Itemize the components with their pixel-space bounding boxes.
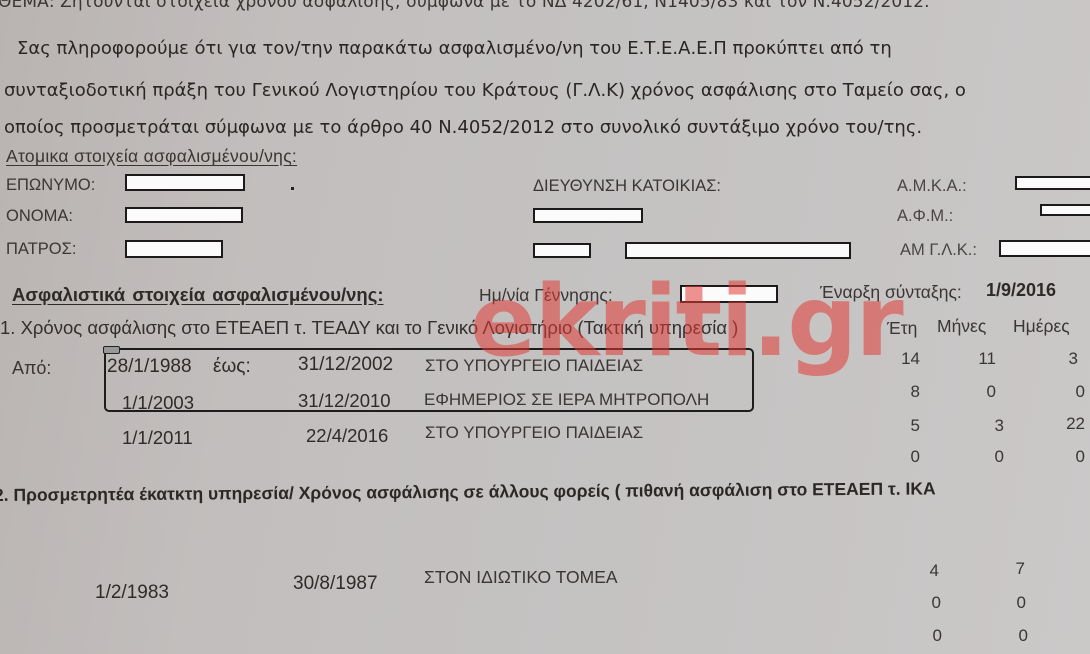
row-years: 4 — [909, 561, 939, 581]
intro-line-3: οποίος προσμετράται σύμφωνα με το άρθρο … — [4, 117, 922, 138]
from-label: Από: — [12, 358, 51, 379]
name-label: ΟΝΟΜΑ: — [6, 207, 73, 226]
amka-label: Α.Μ.Κ.Α.: — [897, 177, 967, 196]
row-to-date: 31/12/2002 — [298, 354, 393, 376]
row-months: 0 — [966, 382, 996, 402]
to-label: έως: — [213, 356, 251, 378]
row-from-date: 1/1/2011 — [122, 427, 193, 449]
surname-redacted — [125, 174, 245, 191]
pension-start-label: Έναρξη σύνταξης: — [820, 282, 962, 303]
row-months: 0 — [996, 593, 1026, 613]
col-years: Έτη — [887, 318, 917, 339]
personal-heading: Ατομικα στοιχεία ασφαλισμένου/νης: — [6, 146, 297, 167]
row-to-date: 31/12/2010 — [298, 390, 391, 412]
birthdate-redacted — [680, 285, 778, 303]
am-glk-redacted — [999, 240, 1090, 257]
afm-label: Α.Φ.Μ.: — [897, 207, 953, 226]
row-months: 0 — [998, 626, 1028, 646]
row-years: 0 — [911, 593, 941, 613]
row-months: 0 — [974, 447, 1004, 467]
stray-dot — [291, 187, 294, 190]
row-months: 3 — [974, 416, 1004, 436]
row-months: 11 — [966, 349, 996, 369]
father-label: ΠΑΤΡΟΣ: — [6, 240, 76, 259]
am-glk-label: ΑΜ Γ.Λ.Κ.: — [900, 241, 977, 260]
row-days: 0 — [1055, 447, 1085, 467]
row-years: 14 — [890, 349, 920, 369]
row-description: ΣΤΟΝ ΙΔΙΩΤΙΚΟ ΤΟΜΕΑ — [424, 567, 618, 588]
pension-start-value: 1/9/2016 — [986, 280, 1056, 301]
row-days: 0 — [1055, 382, 1085, 402]
row-years: 5 — [890, 416, 920, 436]
subject-line: ΘΕΜΑ: Ζητούνται στοιχεία χρόνου ασφάλιση… — [0, 0, 930, 12]
col-months: Μήνες — [937, 316, 986, 337]
row-from-date: 1/2/1983 — [95, 582, 169, 604]
father-redacted — [125, 240, 223, 258]
address-label: ΔΙΕΥΘΥΝΣΗ ΚΑΤΟΙΚΙΑΣ: — [533, 177, 721, 196]
row-days: 3 — [1048, 349, 1078, 369]
name-redacted — [125, 207, 243, 223]
section2-title: 2. Προσμετρητέα έκατκτη υπηρεσία/ Χρόνος… — [0, 478, 936, 506]
row-description: ΣΤΟ ΥΠΟΥΡΓΕΙΟ ΠΑΙΔΕΙΑΣ — [425, 356, 643, 376]
address-postcode-redacted — [533, 243, 591, 258]
col-days: Ημέρες — [1013, 316, 1070, 337]
row-from-date: 28/1/1988 — [107, 356, 192, 378]
row-days: 22 — [1055, 414, 1085, 434]
section1-title: 1. Χρόνος ασφάλισης στο ΕΤΕΑΕΠ τ. ΤΕΑΔΥ … — [0, 317, 738, 339]
afm-redacted — [1040, 204, 1090, 216]
birthdate-label: Ημ/νία Γέννησης: — [479, 285, 613, 306]
surname-label: ΕΠΩΝΥΜΟ: — [6, 176, 95, 195]
intro-line-2: συνταξιοδοτική πράξη του Γενικού Λογιστη… — [4, 80, 966, 101]
address-line2-redacted — [625, 242, 851, 259]
row-description: ΕΦΗΜΕΡΙΟΣ ΣΕ ΙΕΡΑ ΜΗΤΡΟΠΟΛΗ — [424, 390, 709, 410]
row-years: 0 — [890, 447, 920, 467]
address-line1-redacted — [533, 208, 643, 223]
amka-redacted — [1015, 176, 1090, 190]
row-months: 7 — [995, 559, 1025, 579]
row-to-date: 22/4/2016 — [306, 425, 388, 447]
intro-line-1: Σας πληροφορούμε ότι για τον/την παρακάτ… — [17, 38, 892, 59]
box-handle — [103, 346, 120, 354]
row-to-date: 30/8/1987 — [293, 573, 378, 595]
row-years: 8 — [890, 382, 920, 402]
row-from-date: 1/1/2003 — [122, 392, 194, 414]
row-years: 0 — [912, 626, 942, 646]
insurance-heading: Ασφαλιστικά στοιχεία ασφαλισμένου/νης: — [12, 284, 384, 306]
row-description: ΣΤΟ ΥΠΟΥΡΓΕΙΟ ΠΑΙΔΕΙΑΣ — [425, 423, 643, 443]
